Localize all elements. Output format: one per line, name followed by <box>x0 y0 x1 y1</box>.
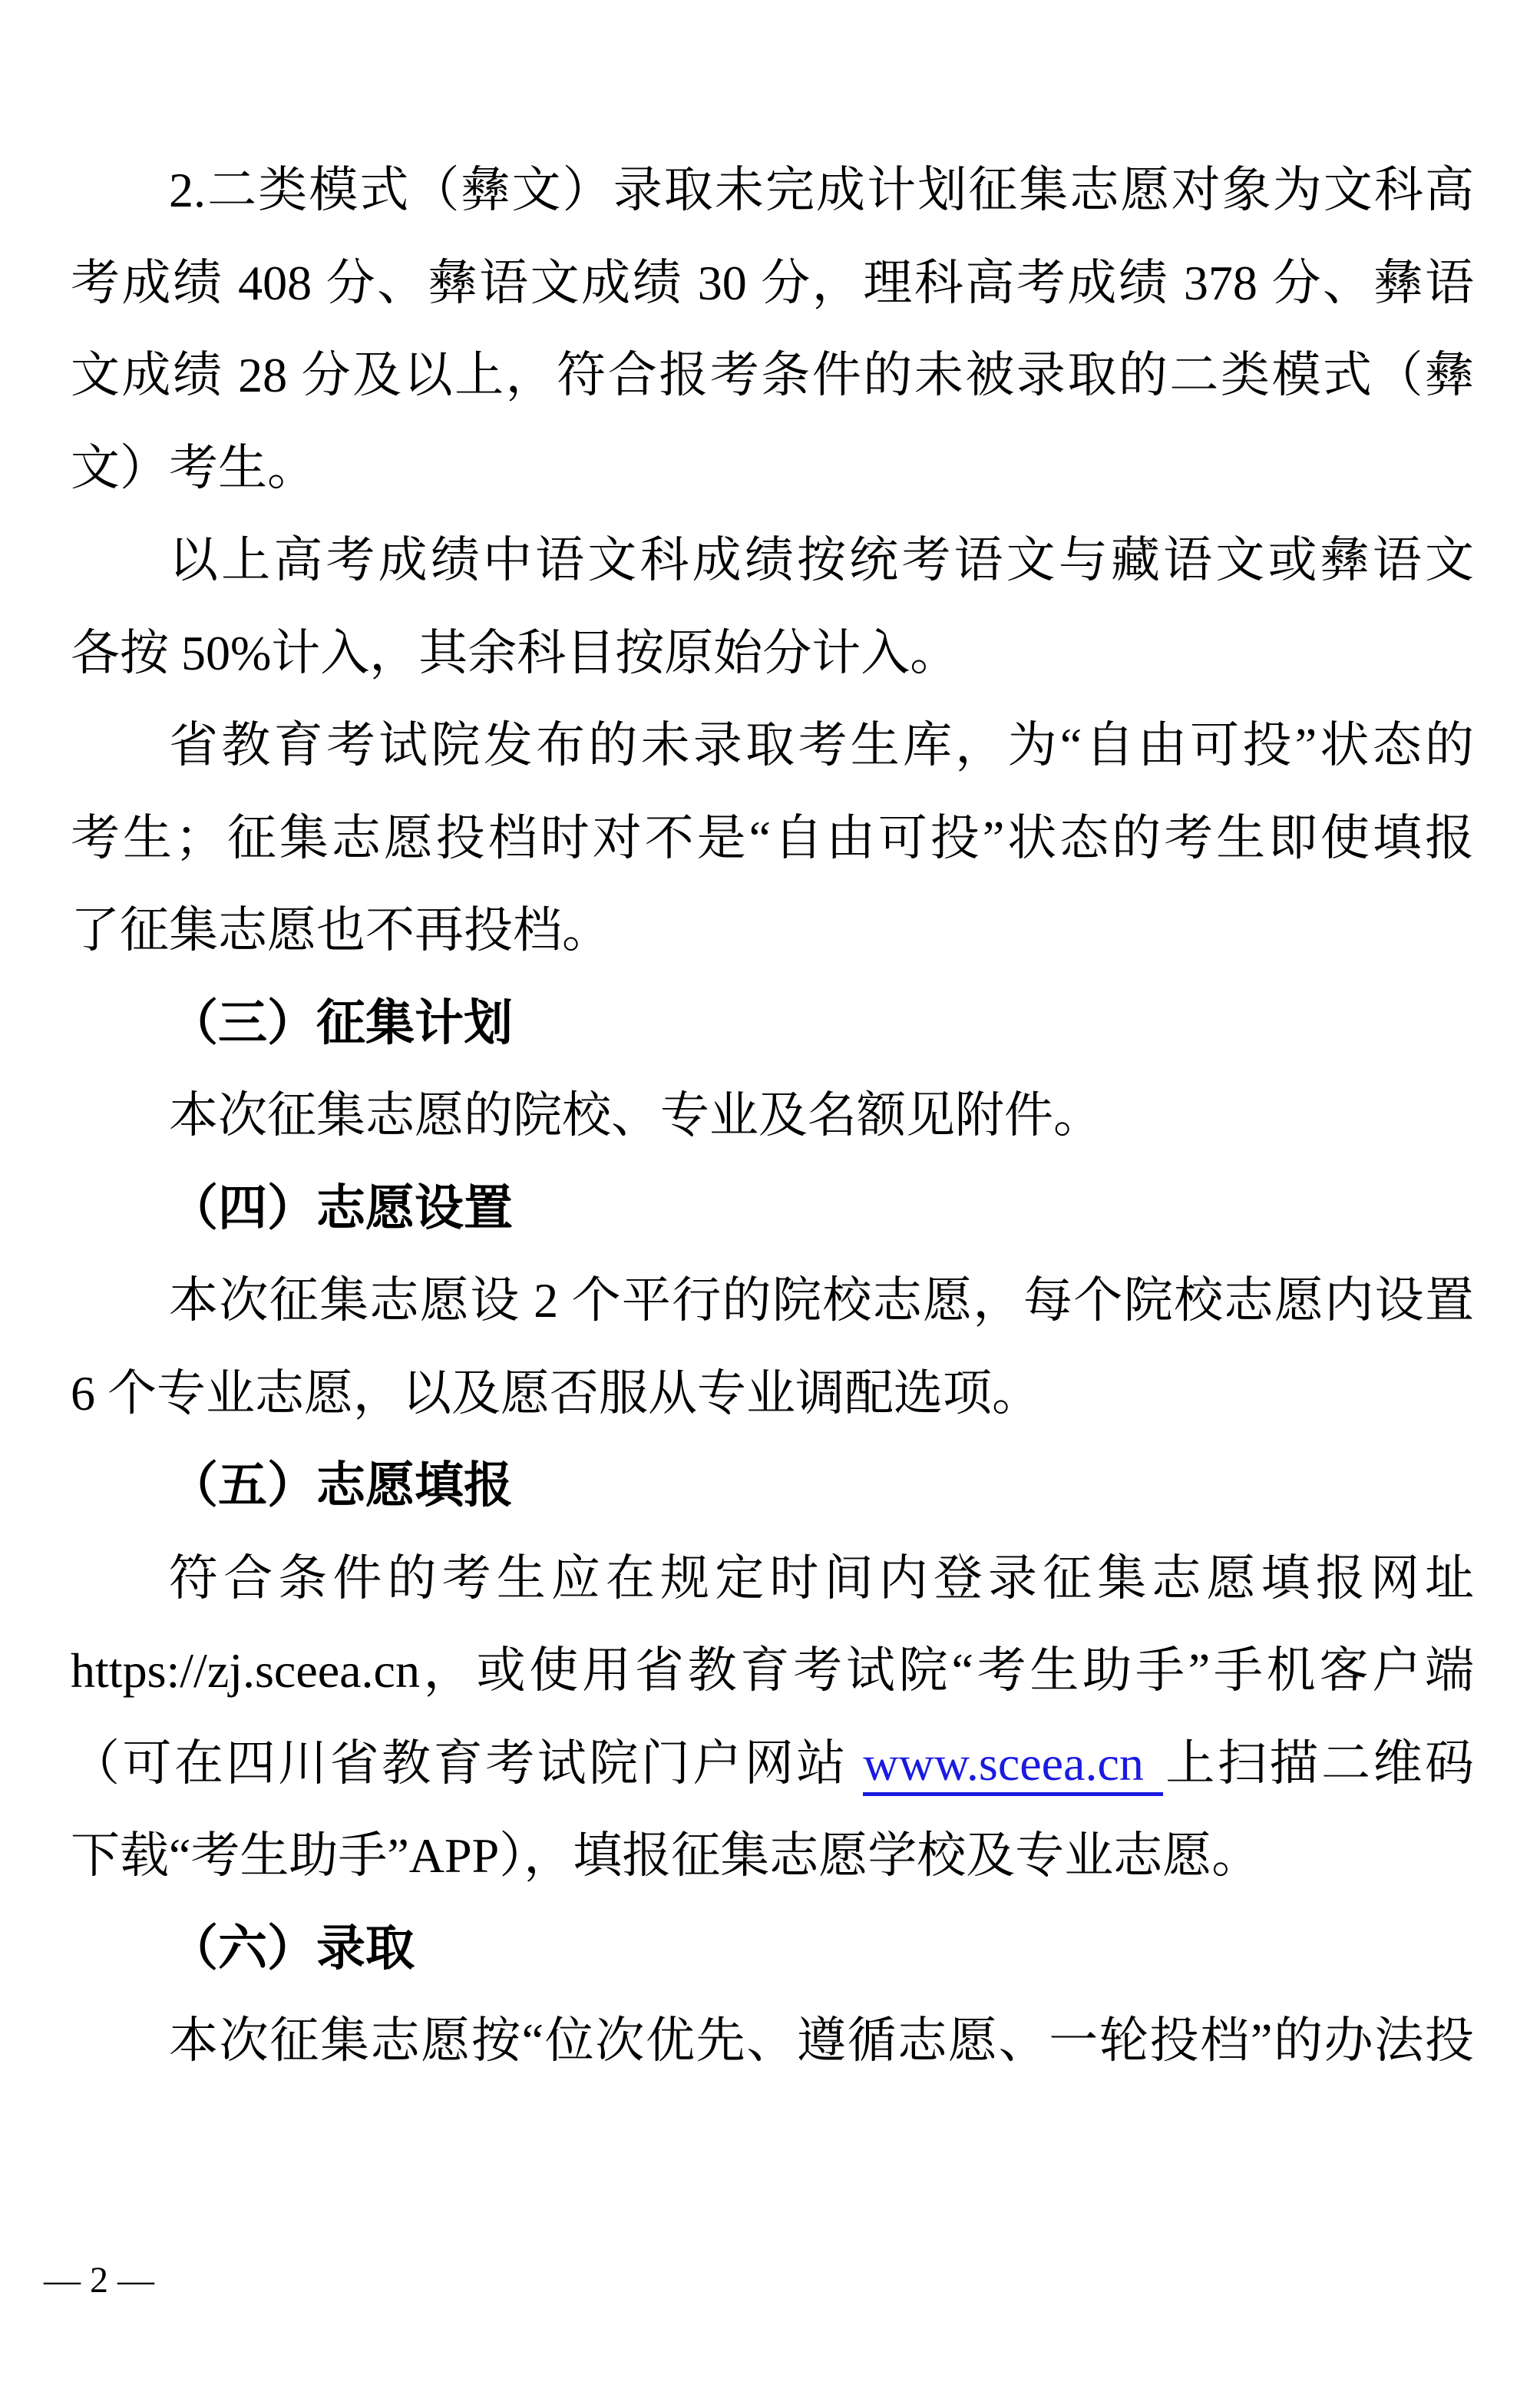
text-line: 符合条件的考生应在规定时间内登录征集志愿填报网址 <box>71 1533 1474 1626</box>
section-heading-5: （五）志愿填报 <box>71 1440 1474 1533</box>
text-line: 文）考生。 <box>71 422 1474 515</box>
document-page: 2.二类模式（彝文）录取未完成计划征集志愿对象为文科高 考成绩 408 分、彝语… <box>0 0 1540 2395</box>
page-number: — 2 — <box>44 2258 154 2304</box>
sceea-portal-link[interactable]: www.sceea.cn <box>863 1735 1162 1796</box>
text-line: 省教育考试院发布的未录取考生库，为“自由可投”状态的 <box>71 700 1474 792</box>
text-line: https://zj.sceea.cn，或使用省教育考试院“考生助手”手机客户端 <box>71 1625 1474 1718</box>
text-line: 文成绩 28 分及以上，符合报考条件的未被录取的二类模式（彝 <box>71 329 1474 422</box>
text-line-with-link: （可在四川省教育考试院门户网站 www.sceea.cn上扫描二维码 <box>71 1718 1474 1811</box>
section-heading-4: （四）志愿设置 <box>71 1163 1474 1255</box>
text-line: 考生；征集志愿投档时对不是“自由可投”状态的考生即使填报 <box>71 792 1474 885</box>
text-line: 2.二类模式（彝文）录取未完成计划征集志愿对象为文科高 <box>71 144 1474 237</box>
link-prefix-text: （可在四川省教育考试院门户网站 <box>71 1736 863 1791</box>
text-line: 各按 50%计入，其余科目按原始分计入。 <box>71 607 1474 700</box>
text-line: 本次征集志愿按“位次优先、遵循志愿、一轮投档”的办法投 <box>71 1995 1474 2088</box>
section-heading-3: （三）征集计划 <box>71 978 1474 1070</box>
text-line: 6 个专业志愿，以及愿否服从专业调配选项。 <box>71 1348 1474 1441</box>
text-line: 了征集志愿也不再投档。 <box>71 885 1474 978</box>
text-line: 以上高考成绩中语文科成绩按统考语文与藏语文或彝语文 <box>71 514 1474 607</box>
document-body: 2.二类模式（彝文）录取未完成计划征集志愿对象为文科高 考成绩 408 分、彝语… <box>71 144 1474 2088</box>
text-line: 本次征集志愿设 2 个平行的院校志愿，每个院校志愿内设置 <box>71 1255 1474 1348</box>
section-heading-6: （六）录取 <box>71 1903 1474 1996</box>
text-line: 考成绩 408 分、彝语文成绩 30 分，理科高考成绩 378 分、彝语 <box>71 237 1474 330</box>
text-line: 下载“考生助手”APP），填报征集志愿学校及专业志愿。 <box>71 1810 1474 1903</box>
text-line: 本次征集志愿的院校、专业及名额见附件。 <box>71 1070 1474 1163</box>
link-suffix-text: 上扫描二维码 <box>1163 1736 1474 1791</box>
